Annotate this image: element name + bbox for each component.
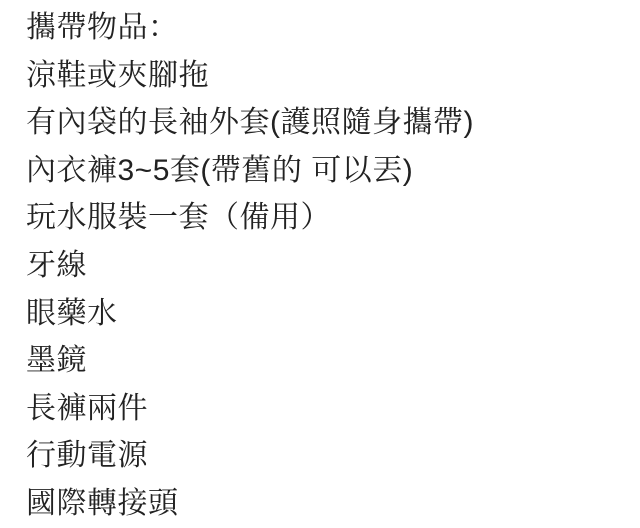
- list-item: 涼鞋或夾腳拖: [26, 52, 630, 100]
- list-item: 玩水服裝一套（備用）: [26, 194, 630, 242]
- list-item: 長褲兩件: [26, 385, 630, 433]
- list-item: 牙線: [26, 242, 630, 290]
- list-item: 墨鏡: [26, 337, 630, 385]
- list-item: 國際轉接頭: [26, 480, 630, 528]
- page-title: 攜帶物品：: [26, 4, 630, 52]
- list-item: 內衣褲3~5套(帶舊的 可以丟): [26, 147, 630, 195]
- list-item: 有內袋的長袖外套(護照隨身攜帶): [26, 99, 630, 147]
- list-item: 行動電源: [26, 432, 630, 480]
- list-item: 眼藥水: [26, 290, 630, 338]
- packing-list-note: 攜帶物品： 涼鞋或夾腳拖 有內袋的長袖外套(護照隨身攜帶) 內衣褲3~5套(帶舊…: [0, 0, 640, 528]
